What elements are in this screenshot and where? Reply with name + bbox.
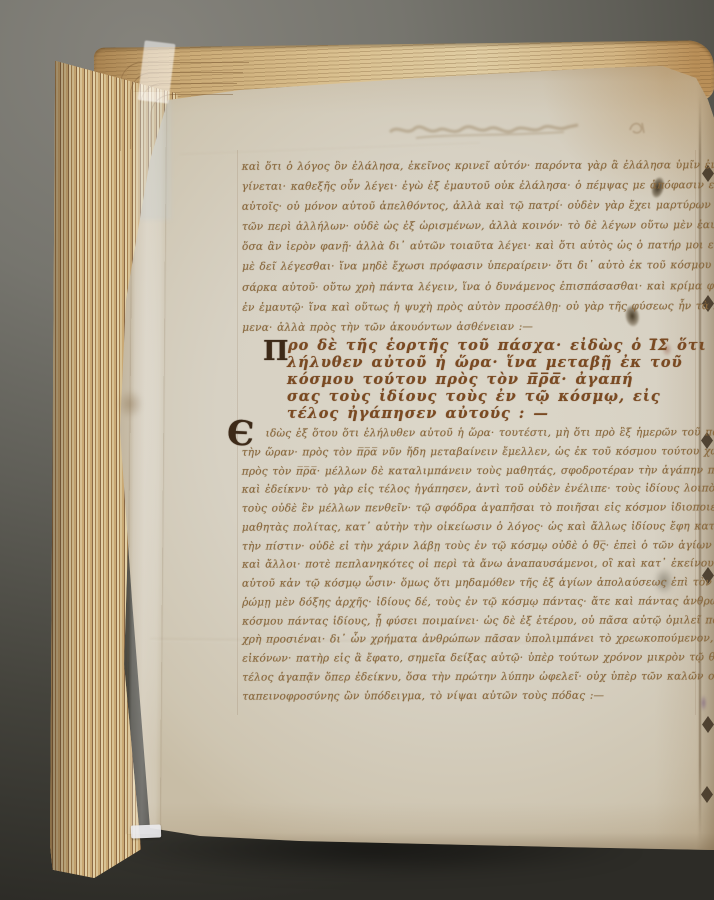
text-line: μενα· ἀλλὰ πρὸς τὴν τῶν ἀκουόντων ἀσθένε…	[242, 316, 694, 338]
text-line: ιδὼς ἐξ ὅτου ὅτι ἐλήλυθεν αὐτοῦ ἡ ὥρα· τ…	[242, 423, 694, 443]
text-line: γίνεται· καθεξῆς οὖν λέγει· ἐγὼ ἐξ ἐμαυτ…	[242, 175, 694, 197]
text-line: ῥώμῃ μὲν δόξης ἀρχῆς· ἰδίους δέ, τοὺς ἐν…	[242, 592, 694, 612]
text-line: ἐν ἐμαυτῷ· ἵνα καὶ οὕτως ἡ ψυχὴ πρὸς αὐτ…	[242, 296, 694, 318]
text-line: τῶν περὶ ἀλλήλων· οὐδὲ ὡς ἐξ ὡρισμένων, …	[242, 215, 694, 237]
text-line: τὴν πίστιν· οὐδὲ εἰ τὴν χάριν λάβῃ τοὺς …	[242, 536, 694, 556]
title-line: ρο δὲ τῆς ἑορτῆς τοῦ πάσχα· εἰδὼς ὁ Ι̅Σ̅…	[288, 337, 714, 354]
initial-pi: Π	[263, 338, 289, 365]
commentary-block-lower: ιδὼς ἐξ ὅτου ὅτι ἐλήλυθεν αὐτοῦ ἡ ὥρα· τ…	[242, 423, 695, 705]
text-line: τὴν ὥραν· πρὸς τὸν π̅ρ̅α̅ νῦν ἤδη μεταβα…	[242, 442, 694, 462]
binding-strap-shade	[138, 100, 171, 220]
lemma-title-block: ρο δὲ τῆς ἑορτῆς τοῦ πάσχα· εἰδὼς ὁ Ι̅Σ̅…	[288, 337, 714, 422]
title-line: λήλυθεν αὐτοῦ ἡ ὥρα· ἵνα μεταβῇ ἐκ τοῦ	[287, 354, 714, 371]
text-line: μαθητὰς πολίτας, κατ᾽ αὐτὴν τὴν οἰκείωσι…	[242, 517, 694, 537]
title-line: σας τοὺς ἰδίους τοὺς ἐν τῷ κόσμῳ, εἰς	[287, 388, 714, 405]
title-line: κόσμου τούτου πρὸς τὸν π̅ρ̅α̅· ἀγαπή	[287, 371, 714, 388]
text-line: ταπεινοφροσύνης ὢν ὑπόδειγμα, τὸ νίψαι α…	[242, 686, 694, 706]
text-line: τοὺς οὐδὲ ἓν μέλλων πενθεῖν· τῷ σφόδρα ἀ…	[242, 498, 694, 518]
text-line: κόσμου πάντας ἰδίους, ᾗ φύσει ποιμαίνει·…	[242, 611, 694, 631]
text-line: εἰκόνων· πατὴρ εἰς ἃ ἔφατο, σημεῖα δείξα…	[242, 648, 694, 668]
faded-header-rubric	[386, 116, 586, 144]
text-line: καὶ ἐδείκνυ· τὸ γὰρ εἰς τέλος ἠγάπησεν, …	[242, 480, 694, 500]
text-line: πρὸς τὸν π̅ρ̅α̅· μέλλων δὲ καταλιμπάνειν…	[242, 461, 694, 481]
text-line: τέλος ἀγαπᾷν ὅπερ ἐδείκνυ, ὅσα τὴν πρώτη…	[242, 667, 694, 687]
binding-strap-tab	[131, 824, 161, 838]
text-line: καὶ ἄλλοι· ποτὲ πεπλανηκότες οἱ περὶ τὰ …	[242, 555, 694, 575]
text-line: αὐτοῦ κἀν τῷ κόσμῳ ὦσιν· ὅμως ὅτι μηδαμό…	[242, 573, 694, 593]
text-line: μὲ δεῖ λέγεσθαι· ἵνα μηδὲ ἔχωσι πρόφασιν…	[242, 256, 694, 278]
quire-mark	[627, 118, 647, 138]
purple-stain	[699, 692, 708, 714]
margin-stain	[112, 384, 148, 424]
text-line: καὶ ὅτι ὁ λόγος ὃν ἐλάλησα, ἐκεῖνος κριν…	[242, 155, 694, 177]
text-line: ὅσα ἂν ἱερὸν φανῇ· ἀλλὰ δι᾽ αὐτῶν τοιαῦτ…	[242, 236, 694, 258]
commentary-block-upper: καὶ ὅτι ὁ λόγος ὃν ἐλάλησα, ἐκεῖνος κριν…	[242, 155, 695, 337]
text-line: χρὴ προσιέναι· δι᾽ ὧν χρήματα ἀνθρώπων π…	[242, 630, 694, 650]
manuscript-photo: καὶ ὅτι ὁ λόγος ὃν ἐλάλησα, ἐκεῖνος κριν…	[0, 0, 714, 900]
title-line: τέλος ἠγάπησεν αὐτούς : —	[287, 405, 714, 422]
text-line: αὐτοῖς· οὐ μόνον αὐτοῦ ἀπελθόντος, ἀλλὰ …	[242, 195, 694, 217]
text-line: σάρκα αὐτοῦ· οὕτω χρὴ πάντα λέγειν, ἵνα …	[242, 276, 694, 298]
